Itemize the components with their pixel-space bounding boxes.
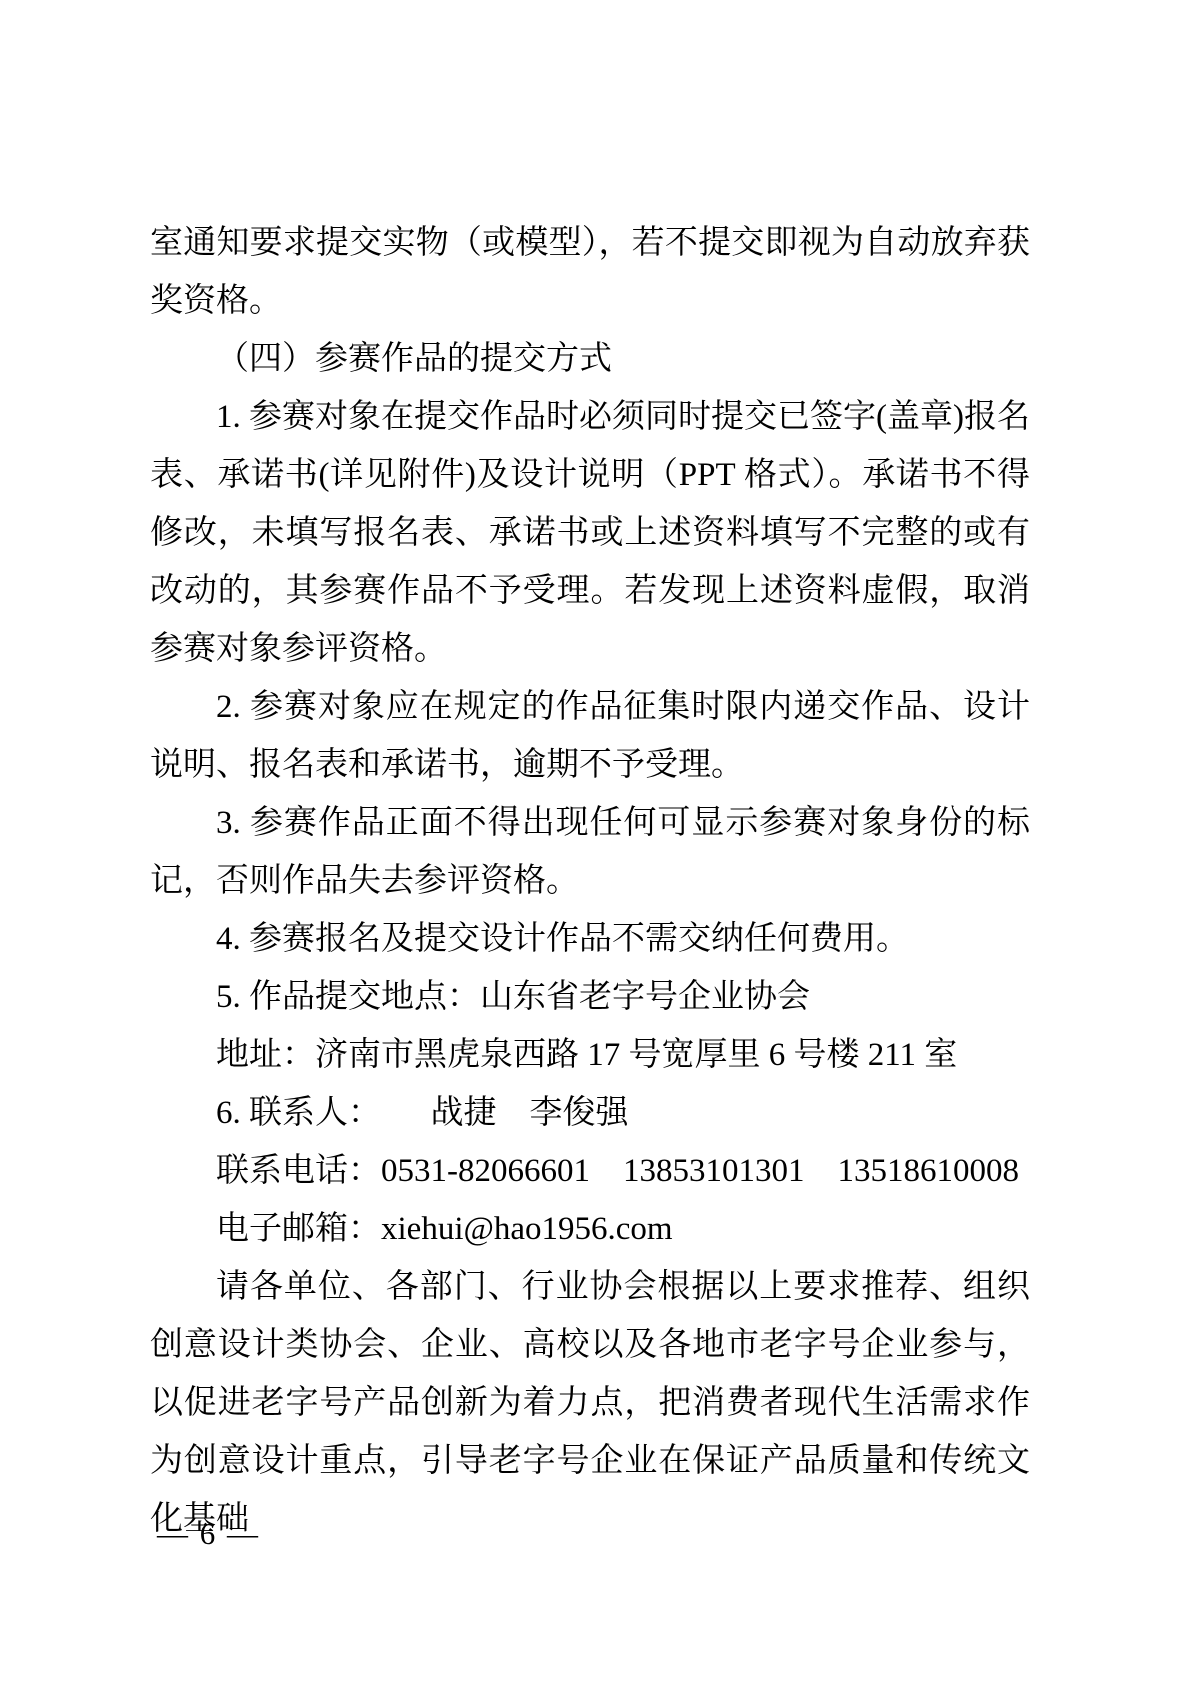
item-2-deadline: 2. 参赛对象应在规定的作品征集时限内递交作品、设计说明、报名表和承诺书，逾期不… <box>150 678 1030 794</box>
document-body: 室通知要求提交实物（或模型），若不提交即视为自动放弃获奖资格。 （四）参赛作品的… <box>150 214 1030 1548</box>
address-line: 地址：济南市黑虎泉西路 17 号宽厚里 6 号楼 211 室 <box>150 1026 1030 1084</box>
page-footer: — 6 — <box>157 1514 260 1554</box>
paragraph-continued-from-previous-page: 室通知要求提交实物（或模型），若不提交即视为自动放弃获奖资格。 <box>150 214 1030 330</box>
item-5-submission-location: 5. 作品提交地点：山东省老字号企业协会 <box>150 968 1030 1026</box>
item-6-contact-persons: 6. 联系人： 战捷 李俊强 <box>150 1084 1030 1142</box>
item-1-submission-materials: 1. 参赛对象在提交作品时必须同时提交已签字(盖章)报名表、承诺书(详见附件)及… <box>150 388 1030 678</box>
section-4-heading: （四）参赛作品的提交方式 <box>150 330 1030 388</box>
item-3-anonymity-rule: 3. 参赛作品正面不得出现任何可显示参赛对象身份的标记，否则作品失去参评资格。 <box>150 794 1030 910</box>
closing-paragraph: 请各单位、各部门、行业协会根据以上要求推荐、组织创意设计类协会、企业、高校以及各… <box>150 1258 1030 1548</box>
page-number: — 6 — <box>157 1516 260 1551</box>
document-page: 室通知要求提交实物（或模型），若不提交即视为自动放弃获奖资格。 （四）参赛作品的… <box>0 0 1190 1684</box>
item-4-no-fee: 4. 参赛报名及提交设计作品不需交纳任何费用。 <box>150 910 1030 968</box>
contact-email-line: 电子邮箱：xiehui@hao1956.com <box>150 1200 1030 1258</box>
contact-phone-line: 联系电话：0531-82066601 13853101301 135186100… <box>150 1142 1030 1200</box>
